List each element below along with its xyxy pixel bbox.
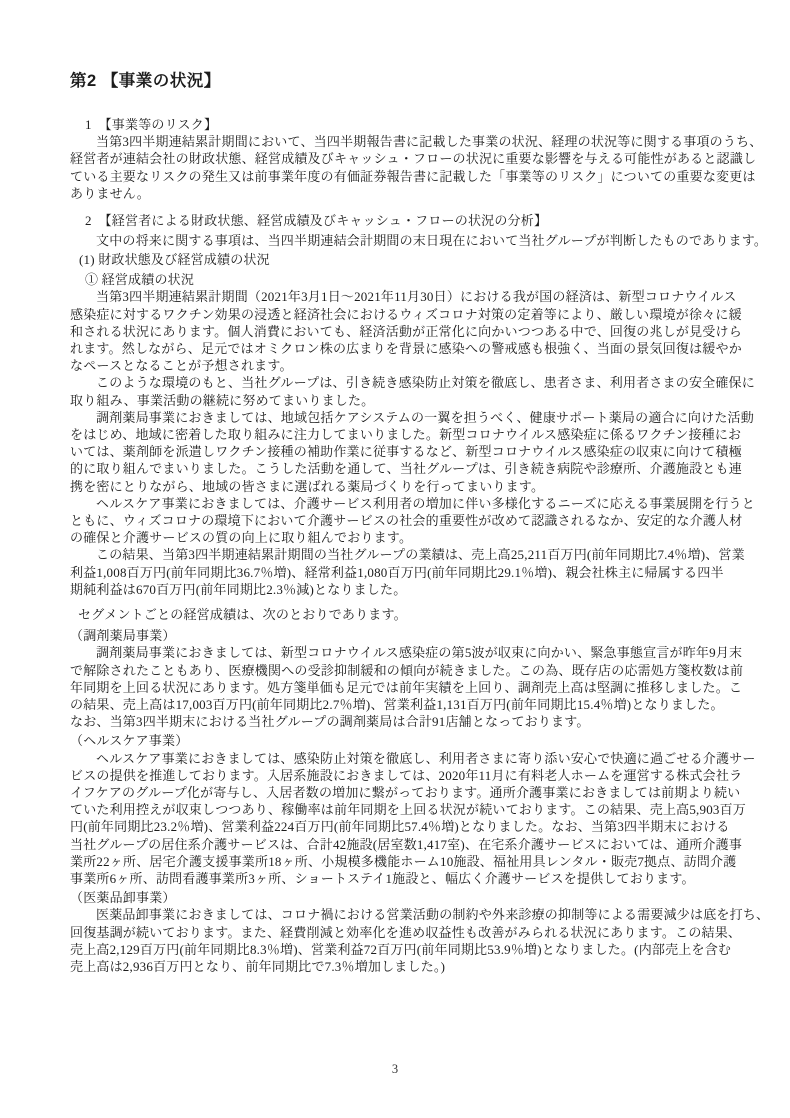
paragraph-line: ていた利用控えが収束しつつあり、稼働率は前年同期を上回る状況が続いております。こ… xyxy=(70,801,738,818)
paragraph-line: いては、薬剤師を派遣しワクチン接種の補助作業に従事するなど、新型コロナウイルス感… xyxy=(70,443,738,460)
section-heading: 1 【事業等のリスク】 xyxy=(70,116,738,133)
paragraph-first-line: 調剤薬局事業におきましては、新型コロナウイルス感染症の第5波が収束に向かい、緊急… xyxy=(70,644,738,661)
document-body: 第2 【事業の状況】1 【事業等のリスク】当第3四半期連結累計期間において、当四… xyxy=(0,0,790,975)
paragraph-first-line: このような環境のもと、当社グループは、引き続き感染防止対策を徹底し、患者さま、利… xyxy=(70,374,738,391)
paragraph-line: 事業所6ヶ所、訪問看護事業所3ヶ所、ショートステイ1施設と、幅広く介護サービスを… xyxy=(70,870,738,887)
segment-label: （調剤薬局事業） xyxy=(70,627,738,644)
segment-intro-line: セグメントごとの経営成績は、次のとおりであります。 xyxy=(70,606,738,623)
paragraph-first-line: ヘルスケア事業におきましては、感染防止対策を徹底し、利用者さまに寄り添い安心で快… xyxy=(70,750,738,767)
item-heading: ① 経営成績の状況 xyxy=(70,271,738,288)
paragraph-line: 的に取り組んでまいりました。こうした活動を通して、当社グループは、引き続き病院や… xyxy=(70,460,738,477)
paragraph-line: イフケアのグループ化が寄与し、入居者数の増加に繋がっております。通所介護事業にお… xyxy=(70,784,738,801)
section-heading: 2 【経営者による財政状態、経営成績及びキャッシュ・フローの状況の分析】 xyxy=(70,212,738,229)
paragraph-line: 経営者が連結会社の財政状態、経営成績及びキャッシュ・フローの状況に重要な影響を与… xyxy=(70,150,738,167)
paragraph-line: 円(前年同期比23.2％増)、営業利益224百万円(前年同期比57.4％増)とな… xyxy=(70,818,738,835)
report-page: 第2 【事業の状況】1 【事業等のリスク】当第3四半期連結累計期間において、当四… xyxy=(0,0,790,1118)
paragraph-line: 期純利益は670百万円(前年同期比2.3％減)となりました。 xyxy=(70,581,738,598)
paragraph-line: の確保と介護サービスの質の向上に取り組んでおります。 xyxy=(70,529,738,546)
paragraph-first-line: 医薬品卸事業におきましては、コロナ禍における営業活動の制約や外来診療の抑制等によ… xyxy=(70,906,738,923)
paragraph-line: ている主要なリスクの発生又は前事業年度の有価証券報告書に記載した「事業等のリスク… xyxy=(70,168,738,185)
chapter-heading: 第2 【事業の状況】 xyxy=(70,70,738,92)
paragraph-first-line: 調剤薬局事業におきましては、地域包括ケアシステムの一翼を担うべく、健康サポート薬… xyxy=(70,409,738,426)
paragraph-line: 売上高は2,936百万円となり、前年同期比で7.3％増加しました。) xyxy=(70,958,738,975)
paragraph-line: ともに、ウィズコロナの環境下において介護サービスの社会的重要性が改めて認識される… xyxy=(70,512,738,529)
paragraph-line: なペースとなることが予想されます。 xyxy=(70,357,738,374)
paragraph-line: の結果、売上高は17,003百万円(前年同期比2.7％増)、営業利益1,131百… xyxy=(70,696,738,713)
page-number: 3 xyxy=(0,1062,790,1077)
paragraph-line: 年同期を上回る状況にあります。処方箋単価も足元では前年実績を上回り、調剤売上高は… xyxy=(70,679,738,696)
paragraph-line: 業所22ヶ所、居宅介護支援事業所18ヶ所、小規模多機能ホーム10施設、福祉用具レ… xyxy=(70,853,738,870)
paragraph-line: れます。然しながら、足元ではオミクロン株の広まりを背景に感染への警戒感も根強く、… xyxy=(70,340,738,357)
paragraph-line: ビスの提供を推進しております。入居系施設におきましては、2020年11月に有料老… xyxy=(70,767,738,784)
paragraph-first-line: この結果、当第3四半期連結累計期間の当社グループの業績は、売上高25,211百万… xyxy=(70,546,738,563)
paragraph-line: 和される状況にあります。個人消費においても、経済活動が正常化に向かいつつある中で… xyxy=(70,323,738,340)
paragraph-line: で解除されたこともあり、医療機関への受診抑制緩和の傾向が続きました。この為、既存… xyxy=(70,662,738,679)
paragraph-line: 回復基調が続いております。また、経費削減と効率化を進め収益性も改善がみられる状況… xyxy=(70,924,738,941)
lead-text-line: 文中の将来に関する事項は、当四半期連結会計期間の末日現在において当社グループが判… xyxy=(70,232,738,249)
segment-label: （ヘルスケア事業） xyxy=(70,732,738,749)
paragraph-line: 当社グループの居住系介護サービスは、合計42施設(居室数1,417室)、在宅系介… xyxy=(70,836,738,853)
paragraph-line: なお、当第3四半期末における当社グループの調剤薬局は合計91店舗となっております… xyxy=(70,713,738,730)
paragraph-first-line: ヘルスケア事業におきましては、介護サービス利用者の増加に伴い多様化するニーズに応… xyxy=(70,495,738,512)
paragraph-line: をはじめ、地域に密着した取り組みに注力してまいりました。新型コロナウイルス感染症… xyxy=(70,426,738,443)
paragraph-line: ありません。 xyxy=(70,185,738,202)
paragraph-line: 感染症に対するワクチン効果の浸透と経済社会におけるウィズコロナ対策の定着等により… xyxy=(70,306,738,323)
paragraph-line: 利益1,008百万円(前年同期比36.7％増)、経常利益1,080百万円(前年同… xyxy=(70,564,738,581)
paragraph-line: 取り組み、事業活動の継続に努めてまいりました。 xyxy=(70,392,738,409)
segment-label: （医薬品卸事業） xyxy=(70,889,738,906)
paragraph-first-line: 当第3四半期連結累計期間において、当四半期報告書に記載した事業の状況、経理の状況… xyxy=(70,133,738,150)
paragraph-line: 携を密にとりながら、地域の皆さまに選ばれる薬局づくりを行ってまいります。 xyxy=(70,478,738,495)
clause-heading: (1) 財政状態及び経営成績の状況 xyxy=(70,251,738,268)
paragraph-first-line: 当第3四半期連結累計期間（2021年3月1日～2021年11月30日）における我… xyxy=(70,288,738,305)
paragraph-line: 売上高2,129百万円(前年同期比8.3％増)、営業利益72百万円(前年同期比5… xyxy=(70,941,738,958)
